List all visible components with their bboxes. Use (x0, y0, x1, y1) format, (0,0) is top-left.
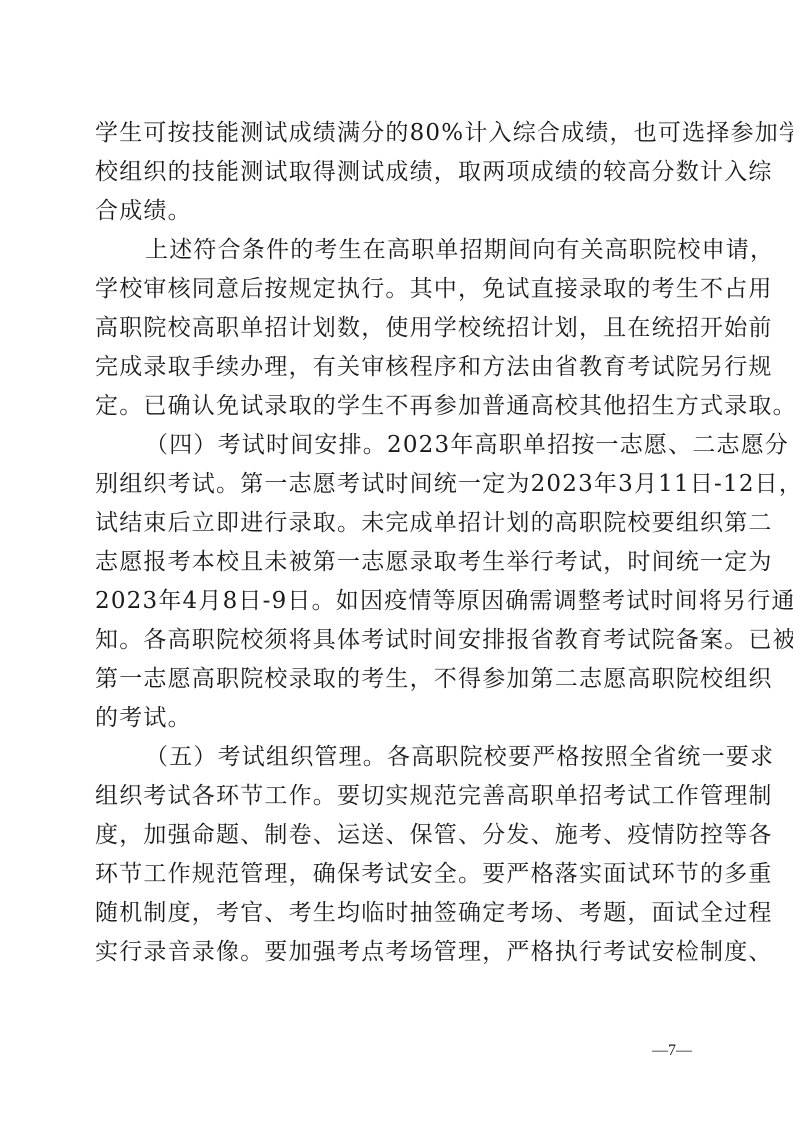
text-line: 别组织考试。第一志愿考试时间统一定为2023年3月11日-12日，考 (95, 465, 699, 504)
section-heading-line: （四）考试时间安排。2023年高职单招按一志愿、二志愿分 (95, 426, 699, 465)
paragraph-exam-organization: （五）考试组织管理。各高职院校要严格按照全省统一要求 组织考试各环节工作。要切实… (95, 738, 699, 972)
text-line: 合成绩。 (95, 192, 699, 231)
text-line: 校组织的技能测试取得测试成绩，取两项成绩的较高分数计入综 (95, 153, 699, 192)
text-line: 知。各高职院校须将具体考试时间安排报省教育考试院备案。已被 (95, 621, 699, 660)
text-line: 度，加强命题、制卷、运送、保管、分发、施考、疫情防控等各 (95, 816, 699, 855)
paragraph-exam-schedule: （四）考试时间安排。2023年高职单招按一志愿、二志愿分 别组织考试。第一志愿考… (95, 426, 699, 738)
page-number: —7— (652, 1042, 692, 1060)
text-line: 第一志愿高职院校录取的考生，不得参加第二志愿高职院校组织 (95, 660, 699, 699)
text-line: 试结束后立即进行录取。未完成单招计划的高职院校要组织第二 (95, 504, 699, 543)
text-line: 高职院校高职单招计划数，使用学校统招计划，且在统招开始前 (95, 309, 699, 348)
section-heading-line: （五）考试组织管理。各高职院校要严格按照全省统一要求 (95, 738, 699, 777)
text-line: 随机制度，考官、考生均临时抽签确定考场、考题，面试全过程 (95, 894, 699, 933)
text-line: 志愿报考本校且未被第一志愿录取考生举行考试，时间统一定为 (95, 543, 699, 582)
text-line: 环节工作规范管理，确保考试安全。要严格落实面试环节的多重 (95, 855, 699, 894)
text-line: 学生可按技能测试成绩满分的80%计入综合成绩，也可选择参加学 (95, 114, 699, 153)
paragraph-skill-test-score: 学生可按技能测试成绩满分的80%计入综合成绩，也可选择参加学 校组织的技能测试取… (95, 114, 699, 231)
text-line: 2023年4月8日-9日。如因疫情等原因确需调整考试时间将另行通 (95, 582, 699, 621)
text-line: 组织考试各环节工作。要切实规范完善高职单招考试工作管理制 (95, 777, 699, 816)
text-line: 上述符合条件的考生在高职单招期间向有关高职院校申请， (95, 231, 699, 270)
text-line: 完成录取手续办理，有关审核程序和方法由省教育考试院另行规 (95, 348, 699, 387)
text-line: 实行录音录像。要加强考点考场管理，严格执行考试安检制度、 (95, 933, 699, 972)
text-line: 定。已确认免试录取的学生不再参加普通高校其他招生方式录取。 (95, 387, 699, 426)
text-line: 学校审核同意后按规定执行。其中，免试直接录取的考生不占用 (95, 270, 699, 309)
text-line: 的考试。 (95, 699, 699, 738)
document-page: 学生可按技能测试成绩满分的80%计入综合成绩，也可选择参加学 校组织的技能测试取… (95, 114, 699, 972)
paragraph-exemption-admission: 上述符合条件的考生在高职单招期间向有关高职院校申请， 学校审核同意后按规定执行。… (95, 231, 699, 426)
